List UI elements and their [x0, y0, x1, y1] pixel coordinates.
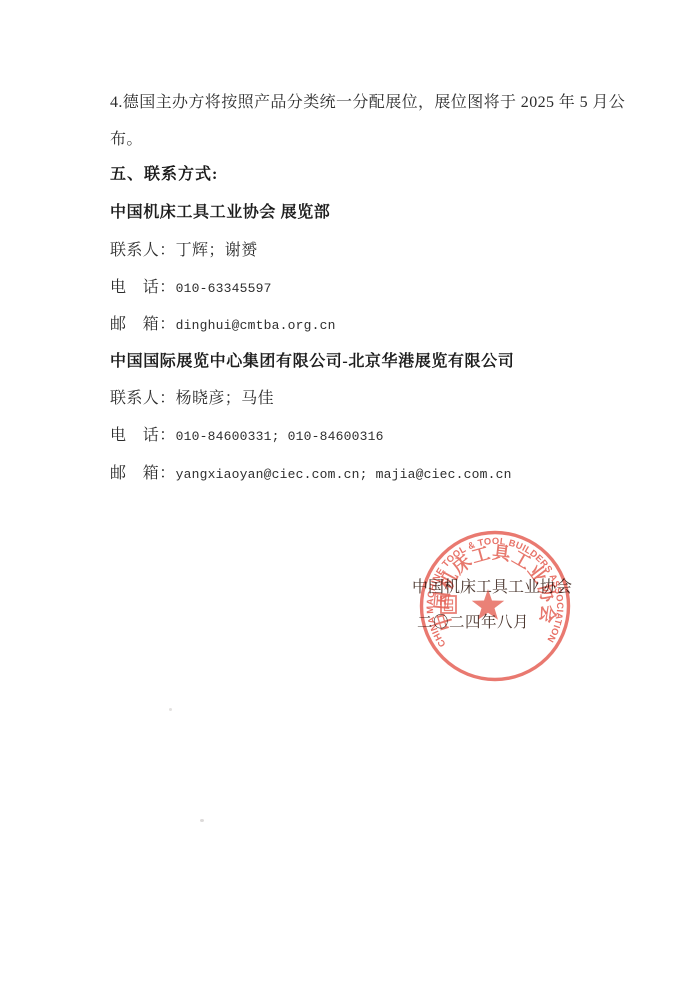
contact1-person-line: 联系人：丁辉；谢赟	[110, 241, 258, 261]
section-heading: 五、联系方式:	[110, 165, 218, 185]
contact1-person-names: 丁辉；谢赟	[176, 242, 258, 259]
contact2-person-line: 联系人：杨晓彦；马佳	[110, 389, 274, 409]
contact1-email-line: 邮 箱：dinghui@cmtba.org.cn	[110, 315, 336, 336]
contact2-phone-line: 电 话：010-84600331; 010-84600316	[110, 426, 384, 447]
contact2-phone-label: 电 话：	[110, 427, 176, 444]
official-red-seal: CHINA MACHINE TOOL & TOOL BUILDERS ASSOC…	[407, 518, 587, 698]
contact1-phone-label: 电 话：	[110, 279, 176, 296]
contact1-org-name: 中国机床工具工业协会 展览部	[110, 203, 330, 223]
paragraph-line-2: 布。	[110, 130, 143, 150]
contact2-person-label: 联系人：	[110, 390, 176, 407]
contact1-email-label: 邮 箱：	[110, 316, 176, 333]
contact1-person-label: 联系人：	[110, 242, 176, 259]
contact2-org-name: 中国国际展览中心集团有限公司-北京华港展览有限公司	[110, 352, 514, 372]
signature-date: 二〇二四年八月	[417, 610, 529, 632]
scan-artifact-speck	[200, 819, 204, 822]
paragraph-line-1: 4.德国主办方将按照产品分类统一分配展位，展位图将于 2025 年 5 月公	[110, 93, 625, 113]
contact2-email-label: 邮 箱：	[110, 465, 176, 482]
scan-artifact-speck	[169, 708, 172, 711]
contact2-email-addresses: yangxiaoyan@ciec.com.cn; majia@ciec.com.…	[176, 467, 512, 482]
contact1-phone-number: 010-63345597	[176, 281, 272, 296]
signature-org-name: 中国机床工具工业协会	[412, 574, 572, 597]
contact1-phone-line: 电 话：010-63345597	[110, 278, 272, 299]
contact1-email-address: dinghui@cmtba.org.cn	[176, 318, 336, 333]
document-page: 4.德国主办方将按照产品分类统一分配展位，展位图将于 2025 年 5 月公 布…	[0, 0, 700, 990]
contact2-person-names: 杨晓彦；马佳	[176, 390, 274, 407]
contact2-phone-numbers: 010-84600331; 010-84600316	[176, 429, 384, 444]
contact2-email-line: 邮 箱：yangxiaoyan@ciec.com.cn; majia@ciec.…	[110, 464, 512, 485]
seal-graphic: CHINA MACHINE TOOL & TOOL BUILDERS ASSOC…	[407, 518, 587, 698]
